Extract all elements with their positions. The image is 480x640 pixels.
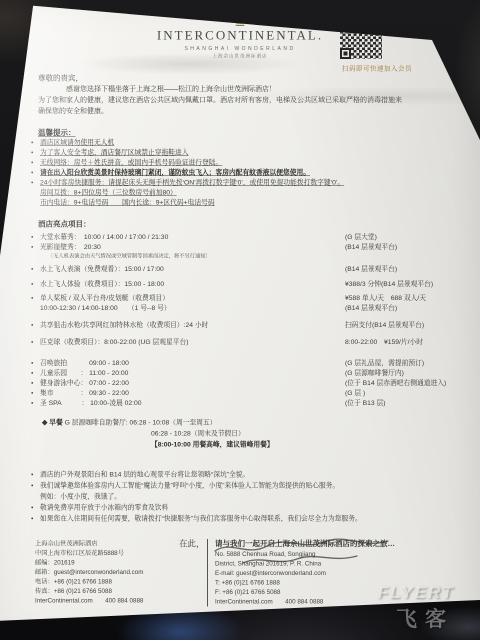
drone-show-note: 〔无人机表演会由天气情况或空域管制等因素而决定，将不另行通知〕 [48, 252, 480, 260]
watermark-text: FLYERT [378, 583, 455, 603]
brand-subtitle-cn: 上海佘山世茂洲际酒店 [0, 54, 480, 59]
highlight-row: 圣 SPA ： 10:00-凌晨 02:00 (位于 B13 层) [40, 398, 480, 408]
brand-subtitle: SHANGHAI WONDERLAND [0, 47, 480, 52]
note-item: 酒店的户外观景阳台和 B14 层的地心观景平台将让您领略“深坑”全貌。 [40, 469, 470, 480]
note-item: 我们诚挚邀您体验客房内人工智能“魔法力量”呼叫“小度，小度”来体验人工智能为您提… [40, 480, 470, 491]
tip-item: 24小时客房快捷服务：请提起床头无绳手柄先按‘ON’再拨打数字键‘0’，或使用免… [40, 178, 470, 188]
breakfast-weekend-hours: 06:28 - 10:28（周末及节假日） [151, 428, 480, 439]
note-example: 例如：小度小度，我饿了。 [40, 491, 470, 502]
tips-title: 温馨提示： [38, 127, 480, 138]
photo-of-hotel-letter: INTERCONTINENTAL. SHANGHAI WONDERLAND 上海… [0, 0, 480, 640]
highlight-row: 光影崖壁秀： 20:30 (B14 层景观平台) [40, 242, 480, 252]
breakfast-peak-note: 【8:00-10:00 用餐高峰，建议错峰用餐】 [151, 439, 480, 450]
footer-divider [207, 539, 208, 607]
letter-paper: INTERCONTINENTAL. SHANGHAI WONDERLAND 上海… [0, 0, 480, 640]
highlight-row: 大堂水幕秀： 10:00 / 14:00 / 17:00 / 21:30 (G … [40, 232, 480, 242]
salutation: 尊敬的贵宾， [38, 73, 480, 84]
breakfast-section: 早餐 G 层源咖啡自助餐厅: 06:28 - 10:08（周一至周五） 06:2… [42, 417, 480, 450]
tip-item: 请在出入阳台欣赏美景时保持玻璃门紧闭，谨防蚊虫飞入；客房内配有蚊香液以便您使用。 [40, 168, 470, 178]
dialing-instruction: 市内电话：9+电话号码 国内长途：9+区代码+电话号码 [40, 198, 480, 208]
tip-item: 酒店区域请勿使用无人机 [40, 138, 470, 148]
notes-section: 酒店的户外观景阳台和 B14 层的地心观景平台将让您领略“深坑”全貌。 我们诚挚… [0, 469, 480, 524]
dialing-instruction: 房间互拨：8+四位房号（三位数房号前加80） [40, 188, 480, 198]
footer-address-cn: 上海佘山世茂洲际酒店 中国上海市松江区辰花路5888号 邮编：201619 邮箱… [35, 539, 179, 607]
note-item: 如果您在入住期间有任何需要，敬请拨打“快捷服务”与我们宾客服务中心取得联系，我们… [40, 513, 470, 524]
note-item: 敬请免费享用存放于小冰箱内的零食及饮料 [40, 502, 470, 513]
footer-bridge-text: 在此， [179, 539, 207, 607]
highlight-row: 健身游泳中心： 07:00 - 22:00 (位于 B14 层赤酒吧右侧通道进入… [40, 378, 480, 388]
watermark-text-cn: 飞客 [396, 603, 454, 633]
breakfast-weekday-hours: G 层源咖啡自助餐厅: 06:28 - 10:08（周一至周五） [65, 419, 217, 427]
highlights-title: 酒店亮点项目： [38, 219, 480, 230]
highlight-row: 水上飞人体验（收费项目）：15:00 - 18:00 ¥388/3 分钟(B14… [40, 279, 480, 289]
highlight-row: 儿童乐园 ： 11:00 - 20:00 (G 层源咖啡餐厅内) [40, 368, 480, 378]
highlight-row: 召唤旅拍 09:00 - 18:00 (G 层礼品屋，需提前预订) [40, 358, 480, 368]
breakfast-label: 早餐 [42, 419, 63, 427]
highlight-row-continued: 10:00-12:30 / 14:00-18:00 （1 号--8 号） (B1… [40, 303, 480, 313]
highlight-row: 水上飞人表演（免费观看）：15:00 / 17:00 (B14 层景观平台) [40, 264, 480, 274]
qr-caption: 扫码即可快速加入会员 [342, 63, 412, 73]
greeting-paragraph: 感谢您选择下榻坐落于上海之根——松江的上海佘山世茂洲际酒店！ 为了您和家人的健康… [38, 83, 458, 116]
footer-address-en: 请与我们一起开启上海佘山世茂洲际酒店的探索之旅… No. 5888 Chenhu… [215, 539, 395, 607]
tip-item: 为了客人安全考虑，酒店餐厅区域禁止穿拖鞋进入 [40, 148, 470, 158]
highlight-row: 匹克球（收费项目）：8:00-22:00 (UG 层观星平台) 8:00-22:… [40, 337, 480, 347]
highlight-row: 共享狙击水枪/共享网红加特林水枪（收费项目）:24 小时 扫码支付(B14 层景… [40, 320, 480, 330]
footer-invite-line: 请与我们一起开启上海佘山世茂洲际酒店的探索之旅… [215, 539, 395, 549]
highlight-row: 单人桨板 / 双人平台舟/皮划艇（收费项目） ¥588 单人/天 688 双人/… [40, 293, 480, 303]
tip-item: 无线网络：房号＋姓氏拼音，或国内手机号码验证进行登陆。 [40, 158, 470, 168]
highlight-row: 集市 ： 09:30 - 22:00 (G 层 ) [40, 388, 480, 398]
